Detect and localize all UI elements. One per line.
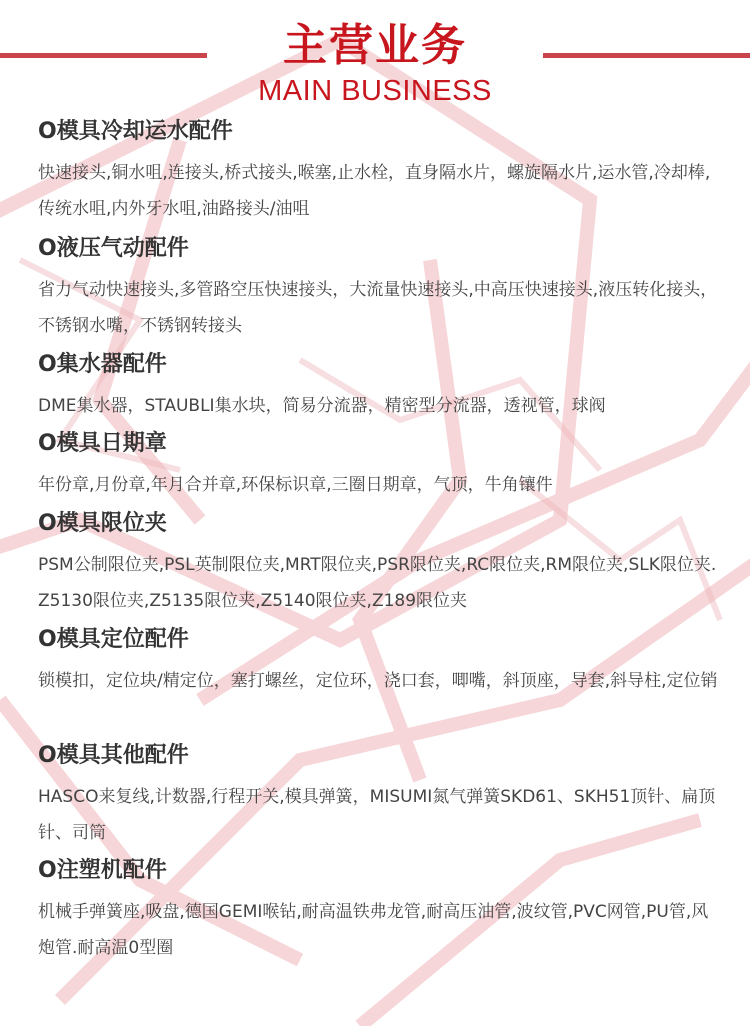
- section-limit-clamp: O模具限位夹 PSM公制限位夹,PSL英制限位夹,MRT限位夹,PSR限位夹,R…: [38, 509, 718, 619]
- section-cooling-parts: O模具冷却运水配件 快速接头,铜水咀,连接头,桥式接头,喉塞,止水栓，直身隔水片…: [38, 117, 718, 227]
- section-title: O模具日期章: [38, 429, 718, 459]
- section-injection-machine-parts: O注塑机配件 机械手弹簧座,吸盘,德国GEMI喉钻,耐高温铁弗龙管,耐高压油管,…: [38, 856, 718, 966]
- section-hydraulic-pneumatic: O液压气动配件 省力气动快速接头,多管路空压快速接头，大流量快速接头,中高压快速…: [38, 234, 718, 344]
- section-water-manifold: O集水器配件 DME集水器，STAUBLI集水块，简易分流器，精密型分流器，透视…: [38, 350, 718, 424]
- section-body: HASCO来复线,计数器,行程开关,模具弹簧，MISUMI氮气弹簧SKD61、S…: [38, 779, 718, 851]
- section-body: 省力气动快速接头,多管路空压快速接头，大流量快速接头,中高压快速接头,液压转化接…: [38, 272, 718, 344]
- section-other-parts: O模具其他配件 HASCO来复线,计数器,行程开关,模具弹簧，MISUMI氮气弹…: [38, 741, 718, 851]
- page-title: 主营业务: [0, 18, 750, 74]
- section-title: O模具其他配件: [38, 741, 718, 771]
- section-title: O模具定位配件: [38, 625, 718, 655]
- section-positioning-parts: O模具定位配件 锁模扣，定位块/精定位，塞打螺丝，定位环，浇口套，唧嘴，斜顶座，…: [38, 625, 718, 699]
- section-body: DME集水器，STAUBLI集水块，简易分流器，精密型分流器，透视管，球阀: [38, 388, 718, 424]
- section-title: O注塑机配件: [38, 856, 718, 886]
- section-title: O模具限位夹: [38, 509, 718, 539]
- section-title: O模具冷却运水配件: [38, 117, 718, 147]
- section-date-stamp: O模具日期章 年份章,月份章,年月合并章,环保标识章,三圈日期章，气顶，牛角镶件: [38, 429, 718, 503]
- section-body: 快速接头,铜水咀,连接头,桥式接头,喉塞,止水栓，直身隔水片，螺旋隔水片,运水管…: [38, 155, 718, 227]
- section-body: 年份章,月份章,年月合并章,环保标识章,三圈日期章，气顶，牛角镶件: [38, 467, 718, 503]
- section-body: PSM公制限位夹,PSL英制限位夹,MRT限位夹,PSR限位夹,RC限位夹,RM…: [38, 547, 718, 619]
- page-subtitle: MAIN BUSINESS: [0, 74, 750, 108]
- section-title: O液压气动配件: [38, 234, 718, 264]
- section-body: 锁模扣，定位块/精定位，塞打螺丝，定位环，浇口套，唧嘴，斜顶座，导套,斜导柱,定…: [38, 663, 718, 699]
- section-body: 机械手弹簧座,吸盘,德国GEMI喉钻,耐高温铁弗龙管,耐高压油管,波纹管,PVC…: [38, 894, 718, 966]
- section-title: O集水器配件: [38, 350, 718, 380]
